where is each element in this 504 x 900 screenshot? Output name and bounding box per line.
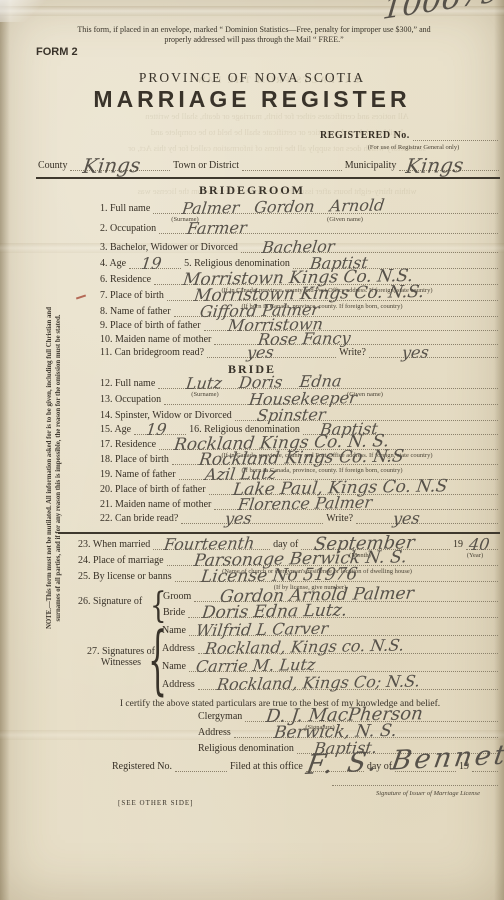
groom-read-line: yes: [207, 344, 336, 358]
mail-note-line1: This form, if placed in an envelope, mar…: [52, 25, 456, 35]
bride-full-name-label: 12. Full name: [100, 378, 158, 389]
field-row-groom-status: 3. Bachelor, Widower or Divorced Bachelo…: [100, 239, 498, 253]
registered-no-line: [413, 127, 498, 141]
handwritten-groom-write: yes: [401, 345, 430, 361]
clergyman-label: Clergyman: [198, 711, 245, 722]
field-row-when-married: 23. When married Fourteenth day of Septe…: [78, 536, 498, 550]
bride-age-line: 19: [134, 421, 186, 435]
groom-write-line: yes: [369, 344, 498, 358]
field-row-groom-full-name: 1. Full name Palmer Gordon Arnold: [100, 200, 498, 214]
witness-name-label: Name: [162, 625, 189, 636]
margin-note-line2: surnames of all parties, and if for any …: [55, 244, 64, 692]
groom-status-label: 3. Bachelor, Widower or Divorced: [100, 242, 241, 253]
bride-mother-label: 21. Maiden name of mother: [100, 499, 214, 510]
field-row-bride-full-name: 12. Full name Lutz Doris Edna: [100, 375, 498, 389]
signature-of-label: 26. Signature of: [78, 596, 142, 607]
bride-birthplace-line: Rockland Kings Co. N.S: [172, 451, 498, 465]
county-row: County Kings Town or District Municipali…: [38, 157, 499, 171]
form-number-label: FORM 2: [36, 46, 78, 58]
marriage-register-document: EXTRACTS FROM THE LAW All notices and ce…: [0, 0, 504, 900]
bride-status-label: 14. Spinster, Widow or Divorced: [100, 410, 235, 421]
handwritten-married-year: 40: [468, 537, 490, 553]
groom-occupation-line: Farmer: [159, 220, 498, 234]
handwritten-groom-full-name: Palmer Gordon Arnold: [181, 197, 385, 217]
groom-father-line: Gifford Palmer: [174, 303, 498, 317]
section-divider: [58, 532, 500, 534]
issuer-signature-line: [332, 772, 498, 786]
clergyman-address-line: Berwick, N. S.: [234, 724, 498, 738]
handwritten-witness2-address: Rockland, Kings Co; N.S.: [216, 673, 421, 693]
field-row-bride-signature: Bride Doris Edna Lutz.: [163, 604, 498, 618]
field-row-clergyman-address: Address Berwick, N. S.: [198, 724, 498, 738]
municipality-line: Kings: [399, 157, 499, 171]
handwritten-county: Kings: [82, 157, 141, 174]
field-row-license: 25. By license or banns License No 51976: [78, 568, 498, 582]
see-other-side-note: [SEE OTHER SIDE]: [118, 799, 194, 807]
municipality-label: Municipality: [342, 160, 400, 171]
denomination-label: Religious denomination: [198, 743, 297, 754]
field-row-groom-mother: 10. Maiden name of mother Rose Fancy: [100, 331, 498, 345]
bride-full-name-line: Lutz Doris Edna: [158, 375, 498, 389]
license-line: License No 51976: [175, 568, 498, 582]
province-title: PROVINCE OF NOVA SCOTIA: [0, 70, 504, 86]
license-label: 25. By license or banns: [78, 571, 175, 582]
handwritten-municipality: Kings: [405, 157, 464, 174]
groom-full-name-label: 1. Full name: [100, 203, 153, 214]
witness2-name-line: Carrie M. Lutz: [189, 658, 498, 672]
field-row-bride-birthplace: 18. Place of birth Rockland Kings Co. N.…: [100, 451, 498, 465]
bride-birthplace-label: 18. Place of birth: [100, 454, 172, 465]
bridegroom-section-title: BRIDEGROOM: [0, 183, 504, 198]
witness1-name-line: Wilfrid L Carver: [189, 622, 498, 636]
handwritten-bride-read: yes: [224, 511, 253, 527]
field-row-groom-residence: 6. Residence Morristown Kings Co. N.S.: [100, 271, 498, 285]
groom-status-line: Bachelor: [241, 239, 498, 253]
town-district-label: Town or District: [170, 160, 242, 171]
witness-address-label: Address: [162, 679, 198, 690]
witness-address-label: Address: [162, 643, 198, 654]
field-row-bride-mother: 21. Maiden name of mother Florence Palme…: [100, 496, 498, 510]
field-row-place-of-marriage: 24. Place of marriage Parsonage Berwick …: [78, 552, 498, 566]
margin-note: NOTE.—This form must not be mutilated. A…: [46, 244, 63, 692]
handwritten-witness2-name: Carrie M. Lutz: [195, 657, 316, 675]
groom-age-label: 4. Age: [100, 258, 129, 269]
bride-occupation-line: Housekeeper: [164, 391, 498, 405]
bride-residence-label: 17. Residence: [100, 439, 159, 450]
when-married-day-line: Fourteenth: [153, 536, 270, 550]
groom-full-name-line: Palmer Gordon Arnold: [153, 200, 498, 214]
field-row-witness1-address: Address Rockland, Kings co. N.S.: [162, 640, 498, 654]
handwritten-groom-read: yes: [246, 345, 275, 361]
field-row-groom-age-religion: 4. Age 19 5. Religious denomination Bapt…: [100, 255, 498, 269]
field-row-clergyman: Clergyman D. J. MacPherson: [198, 708, 498, 722]
corner-tear: [0, 0, 46, 22]
field-row-groom-occupation: 2. Occupation Farmer: [100, 220, 498, 234]
county-line: Kings: [70, 157, 170, 171]
handwritten-witness1-address: Rockland, Kings co. N.S.: [204, 638, 405, 657]
office-registered-no-label: Registered No.: [112, 761, 175, 772]
filed-label: Filed at this office: [227, 761, 306, 772]
handwritten-bride-write: yes: [392, 511, 421, 527]
groom-occupation-label: 2. Occupation: [100, 223, 159, 234]
bride-signature-line: Doris Edna Lutz.: [188, 604, 498, 618]
bleedthrough-line: All notices and certificates either for …: [70, 112, 484, 121]
red-pen-mark: [76, 295, 86, 300]
witness-name-label: Name: [162, 661, 189, 672]
groom-residence-label: 6. Residence: [100, 274, 154, 285]
witnesses-label-line1: 27. Signatures of: [86, 646, 156, 657]
bride-occupation-label: 13. Occupation: [100, 394, 164, 405]
groom-birthplace-line: Morristown Kings Co. N.S.: [167, 287, 498, 301]
witness1-address-line: Rockland, Kings co. N.S.: [198, 640, 498, 654]
bride-age-label: 15. Age: [100, 424, 134, 435]
registrar-general-note: (For use of Registrar General only): [330, 144, 497, 151]
registered-no-label: REGISTERED No.: [320, 130, 413, 141]
clergyman-line: D. J. MacPherson: [245, 708, 498, 722]
bride-write-label: Write?: [323, 513, 356, 524]
field-row-bride-father-birthplace: 20. Place of birth of father Lake Paul, …: [100, 481, 498, 495]
handwritten-issuer-signature: F. S. Bennett: [305, 747, 504, 774]
year-prefix: 19: [450, 539, 466, 550]
witnesses-label-line2: Witnesses: [86, 657, 156, 668]
town-district-line: [242, 157, 342, 171]
when-married-label: 23. When married: [78, 539, 153, 550]
field-row-groom-birthplace: 7. Place of birth Morristown Kings Co. N…: [100, 287, 498, 301]
bride-mother-line: Florence Palmer: [214, 496, 498, 510]
groom-father-label: 8. Name of father: [100, 306, 174, 317]
issuer-signature-hint: Signature of Issuer of Marriage License: [358, 790, 498, 797]
groom-birthplace-label: 7. Place of birth: [100, 290, 167, 301]
bride-father-birthplace-label: 20. Place of birth of father: [100, 484, 209, 495]
groom-read-label: 11. Can bridegroom read?: [100, 347, 207, 358]
page-edge-shadow-left: [0, 0, 10, 900]
groom-religion-label: 5. Religious denomination: [181, 258, 293, 269]
mail-note-line2: properly addressed will pass through the…: [52, 35, 456, 45]
handwritten-groom-occupation: Farmer: [186, 220, 248, 237]
when-married-year-line: 40: [466, 536, 498, 550]
groom-write-label: Write?: [336, 347, 369, 358]
section-divider: [36, 177, 500, 179]
county-label: County: [38, 160, 70, 171]
witnesses-label: 27. Signatures of Witnesses: [86, 646, 156, 668]
handwritten-serial-number: 100679: [382, 0, 501, 18]
issuer-signature-line-row: [332, 772, 498, 786]
groom-sig-label: Groom: [163, 591, 194, 602]
field-row-groom-read-write: 11. Can bridegroom read? yes Write? yes: [100, 344, 498, 358]
field-row-bride-occupation: 13. Occupation Housekeeper: [100, 391, 498, 405]
field-row-witness2-name: Name Carrie M. Lutz: [162, 658, 498, 672]
clergyman-address-label: Address: [198, 727, 234, 738]
office-registered-no-line: [175, 758, 227, 772]
groom-father-birthplace-label: 9. Place of birth of father: [100, 320, 204, 331]
handwritten-license: License No 51976: [200, 566, 358, 585]
groom-age-line: 19: [129, 255, 181, 269]
bride-read-label: 22. Can bride read?: [100, 513, 181, 524]
place-of-marriage-label: 24. Place of marriage: [78, 555, 167, 566]
handwritten-groom-age: 19: [140, 256, 162, 272]
page-title: MARRIAGE REGISTER: [0, 86, 504, 113]
mail-instruction-note: This form, if placed in an envelope, mar…: [52, 25, 456, 45]
field-row-witness1-name: Name Wilfrid L Carver: [162, 622, 498, 636]
bride-sig-label: Bride: [163, 607, 188, 618]
bride-read-line: yes: [181, 510, 323, 524]
margin-note-line1: NOTE.—This form must not be mutilated. A…: [46, 244, 55, 692]
registered-no-row: REGISTERED No.: [320, 127, 498, 141]
bride-write-line: yes: [356, 510, 498, 524]
bride-father-label: 19. Name of father: [100, 469, 179, 480]
witness2-address-line: Rockland, Kings Co; N.S.: [198, 676, 498, 690]
field-row-witness2-address: Address Rockland, Kings Co; N.S.: [162, 676, 498, 690]
field-row-bride-read-write: 22. Can bride read? yes Write? yes: [100, 510, 498, 524]
